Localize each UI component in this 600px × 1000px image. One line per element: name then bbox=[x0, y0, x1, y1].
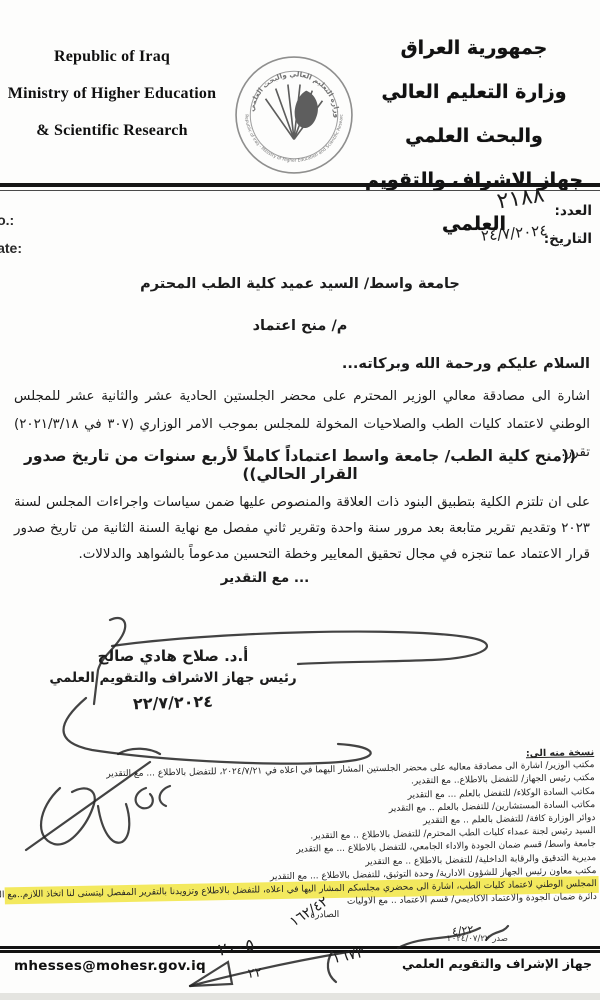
date-label: Date: bbox=[0, 234, 22, 262]
footer-email: mhesses@mohesr.gov.iq bbox=[14, 958, 206, 974]
cc-section: نسخة منه الى: مكتب الوزير/ اشارة الى مصا… bbox=[4, 746, 597, 929]
signature-block: أ.د. صلاح هادي صالح رئيس جهاز الاشراف وا… bbox=[28, 645, 318, 712]
decision-line: ((منح كلية الطب/ جامعة واسط اعتماداً كام… bbox=[0, 447, 600, 483]
cc-list: مكتب الوزير/ اشارة الى مصادقة معاليه على… bbox=[4, 759, 597, 929]
header-arabic-line2: وزارة التعليم العالي والبحث العلمي bbox=[352, 70, 596, 158]
header-english-line1: Republic of Iraq bbox=[0, 38, 238, 75]
footer-divider bbox=[0, 946, 600, 953]
ref-labels-english: No.: Date: bbox=[0, 206, 22, 262]
header-english-line2: Ministry of Higher Education bbox=[0, 75, 238, 112]
signature-date-handwritten: ٢٢/٧/٢٠٢٤ bbox=[28, 688, 318, 717]
body-paragraph-2: على ان تلتزم الكلية بتطبيق البنود ذات ال… bbox=[14, 490, 590, 568]
signatory-name: أ.د. صلاح هادي صالح bbox=[28, 645, 318, 667]
header-arabic-line1: جمهورية العراق bbox=[352, 26, 596, 70]
closing-line: ... مع التقدير bbox=[0, 570, 530, 586]
ministry-seal-icon: وزارة التعليم العالي والبحث العلمي Repub… bbox=[233, 54, 355, 176]
scan-page-edge bbox=[0, 993, 600, 1000]
ref-no-label-arabic: العدد: bbox=[555, 203, 592, 219]
ref-date-label-arabic: التاريخ: bbox=[544, 231, 592, 247]
greeting-line: السلام عليكم ورحمة الله وبركاته... bbox=[342, 356, 590, 372]
header-english-line3: & Scientific Research bbox=[0, 112, 238, 149]
signatory-title: رئيس جهاز الاشراف والتقويم العلمي bbox=[28, 667, 318, 689]
handwritten-mark-c: ٢٢ bbox=[247, 965, 263, 982]
seal-top-text: وزارة التعليم العالي والبحث العلمي bbox=[247, 69, 342, 118]
handwritten-mark-b: ٢٠٠٥ bbox=[217, 935, 256, 960]
handwritten-mark-e: ٤/٢٢ bbox=[451, 923, 474, 938]
subject-line: م/ منح اعتماد bbox=[0, 318, 600, 334]
addressee-line: جامعة واسط/ السيد عميد كلية الطب المحترم bbox=[0, 276, 600, 292]
svg-text:وزارة التعليم العالي والبحث ال: وزارة التعليم العالي والبحث العلمي bbox=[247, 69, 342, 118]
header-english: Republic of Iraq Ministry of Higher Educ… bbox=[0, 38, 238, 149]
no-label: No.: bbox=[0, 206, 22, 234]
footer-organization: جهاز الإشراف والتقويم العلمي bbox=[402, 956, 592, 971]
